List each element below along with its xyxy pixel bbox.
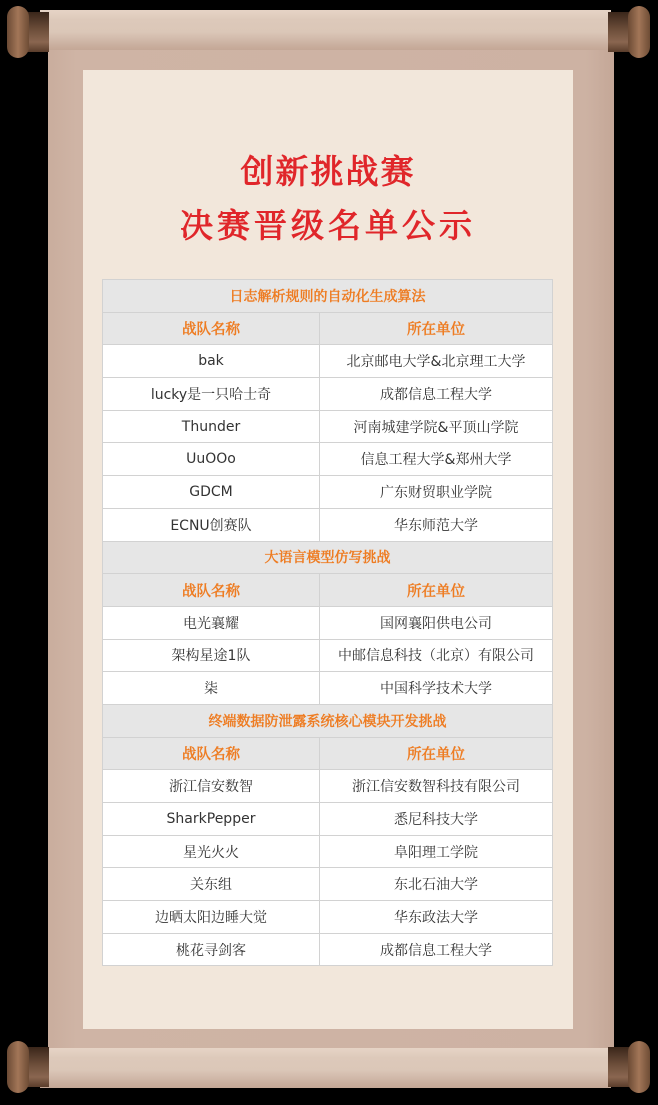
team-name: UuOOo xyxy=(103,443,320,476)
section-title: 日志解析规则的自动化生成算法 xyxy=(103,280,553,313)
table-row: lucky是一只哈士奇成都信息工程大学 xyxy=(103,378,553,411)
team-name: 浙江信安数智 xyxy=(103,770,320,803)
table-row: GDCM广东财贸职业学院 xyxy=(103,476,553,509)
column-header-row: 战队名称 所在单位 xyxy=(103,737,553,770)
table-row: SharkPepper悉尼科技大学 xyxy=(103,803,553,836)
page-subtitle: 决赛晋级名单公示 xyxy=(83,200,573,247)
column-header-team: 战队名称 xyxy=(103,574,320,607)
table-row: 星光火火阜阳理工学院 xyxy=(103,835,553,868)
org-name: 中国科学技术大学 xyxy=(320,672,553,705)
org-name: 北京邮电大学&北京理工大学 xyxy=(320,345,553,378)
table-row: 边晒太阳边睡大觉华东政法大学 xyxy=(103,901,553,934)
table-row: ECNU创赛队华东师范大学 xyxy=(103,508,553,541)
team-name: 星光火火 xyxy=(103,835,320,868)
section-header-row: 日志解析规则的自动化生成算法 xyxy=(103,280,553,313)
section-header-row: 终端数据防泄露系统核心模块开发挑战 xyxy=(103,704,553,737)
column-header-row: 战队名称 所在单位 xyxy=(103,574,553,607)
table-row: 电光襄耀国网襄阳供电公司 xyxy=(103,606,553,639)
team-name: GDCM xyxy=(103,476,320,509)
org-name: 东北石油大学 xyxy=(320,868,553,901)
team-name: 电光襄耀 xyxy=(103,606,320,639)
org-name: 成都信息工程大学 xyxy=(320,378,553,411)
section-title: 大语言模型仿写挑战 xyxy=(103,541,553,574)
page-title: 创新挑战赛 xyxy=(83,146,573,193)
team-name: lucky是一只哈士奇 xyxy=(103,378,320,411)
finalist-table: 日志解析规则的自动化生成算法 战队名称 所在单位 bak北京邮电大学&北京理工大… xyxy=(102,279,553,966)
team-name: ECNU创赛队 xyxy=(103,508,320,541)
table-row: 关东组东北石油大学 xyxy=(103,868,553,901)
column-header-org: 所在单位 xyxy=(320,737,553,770)
team-name: 关东组 xyxy=(103,868,320,901)
column-header-org: 所在单位 xyxy=(320,312,553,345)
team-name: 柒 xyxy=(103,672,320,705)
column-header-org: 所在单位 xyxy=(320,574,553,607)
section-title: 终端数据防泄露系统核心模块开发挑战 xyxy=(103,704,553,737)
column-header-row: 战队名称 所在单位 xyxy=(103,312,553,345)
org-name: 阜阳理工学院 xyxy=(320,835,553,868)
scroll-top-rod xyxy=(40,10,611,50)
table-row: Thunder河南城建学院&平顶山学院 xyxy=(103,410,553,443)
org-name: 广东财贸职业学院 xyxy=(320,476,553,509)
org-name: 浙江信安数智科技有限公司 xyxy=(320,770,553,803)
team-name: SharkPepper xyxy=(103,803,320,836)
rod-knob-icon xyxy=(606,6,650,58)
column-header-team: 战队名称 xyxy=(103,737,320,770)
table-row: 柒中国科学技术大学 xyxy=(103,672,553,705)
org-name: 成都信息工程大学 xyxy=(320,933,553,966)
table-row: 架构星途1队中邮信息科技（北京）有限公司 xyxy=(103,639,553,672)
org-name: 中邮信息科技（北京）有限公司 xyxy=(320,639,553,672)
table-row: bak北京邮电大学&北京理工大学 xyxy=(103,345,553,378)
team-name: 桃花寻剑客 xyxy=(103,933,320,966)
table-row: 桃花寻剑客成都信息工程大学 xyxy=(103,933,553,966)
org-name: 信息工程大学&郑州大学 xyxy=(320,443,553,476)
team-name: 边晒太阳边睡大觉 xyxy=(103,901,320,934)
team-name: bak xyxy=(103,345,320,378)
column-header-team: 战队名称 xyxy=(103,312,320,345)
scroll-bottom-rod xyxy=(40,1048,611,1088)
rod-knob-icon xyxy=(7,6,51,58)
table-row: UuOOo信息工程大学&郑州大学 xyxy=(103,443,553,476)
rod-knob-icon xyxy=(606,1041,650,1093)
org-name: 华东师范大学 xyxy=(320,508,553,541)
org-name: 国网襄阳供电公司 xyxy=(320,606,553,639)
table-row: 浙江信安数智浙江信安数智科技有限公司 xyxy=(103,770,553,803)
org-name: 华东政法大学 xyxy=(320,901,553,934)
team-name: Thunder xyxy=(103,410,320,443)
org-name: 悉尼科技大学 xyxy=(320,803,553,836)
org-name: 河南城建学院&平顶山学院 xyxy=(320,410,553,443)
section-header-row: 大语言模型仿写挑战 xyxy=(103,541,553,574)
rod-knob-icon xyxy=(7,1041,51,1093)
team-name: 架构星途1队 xyxy=(103,639,320,672)
